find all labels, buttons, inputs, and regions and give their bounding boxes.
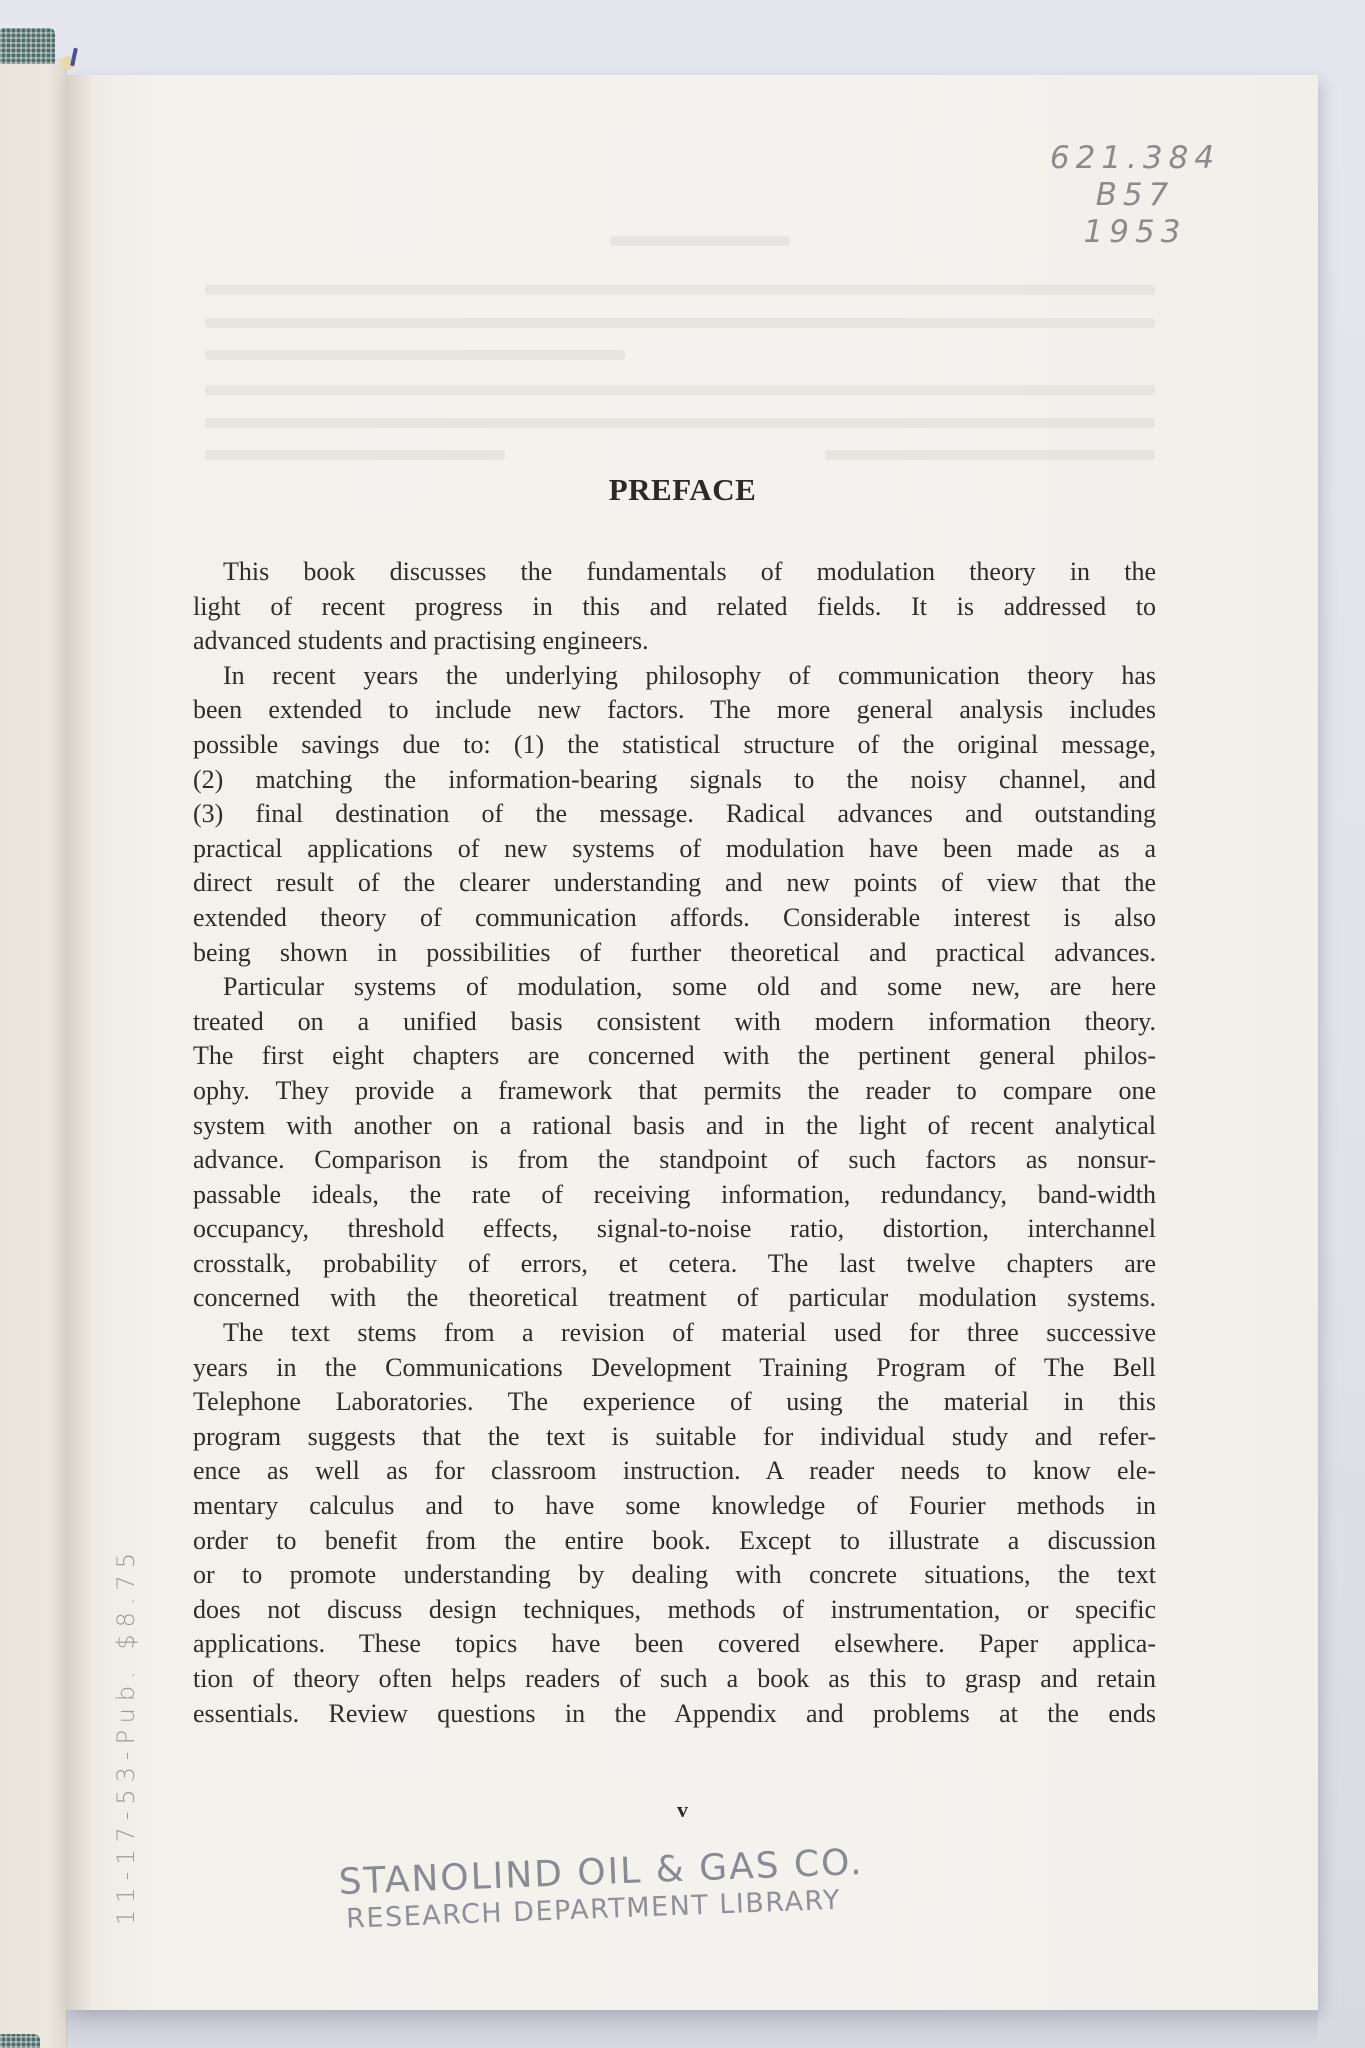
page-number: v: [0, 1797, 1365, 1823]
text-line: advanced students and practising enginee…: [193, 624, 1156, 659]
page-title: PREFACE: [0, 472, 1365, 508]
text-line: (2) matching the information-bearing sig…: [193, 763, 1156, 798]
page-drop-shadow: [66, 2010, 1318, 2048]
text-line: In recent years the underlying philosoph…: [193, 659, 1156, 694]
page-gutter-shadow: [66, 75, 92, 2010]
text-line: ence as well as for classroom instructio…: [193, 1454, 1156, 1489]
text-line: occupancy, threshold effects, signal-to-…: [193, 1212, 1156, 1247]
call-number-class: 621.384: [1040, 140, 1230, 177]
text-line: tion of theory often helps readers of su…: [193, 1662, 1156, 1697]
text-line: light of recent progress in this and rel…: [193, 590, 1156, 625]
show-through-text: [610, 236, 790, 246]
text-line: ophy. They provide a framework that perm…: [193, 1074, 1156, 1109]
handwritten-margin-note: 11-17-53-Pub. $8.75: [112, 1546, 140, 1925]
text-line: The text stems from a revision of materi…: [193, 1316, 1156, 1351]
text-line: or to promote understanding by dealing w…: [193, 1558, 1156, 1593]
handwritten-call-number: 621.384 B57 1953: [1040, 140, 1230, 251]
text-line: treated on a unified basis consistent wi…: [193, 1005, 1156, 1040]
text-line: This book discusses the fundamentals of …: [193, 555, 1156, 590]
call-number-cutter: B57: [1040, 177, 1230, 214]
preface-body: This book discusses the fundamentals of …: [193, 555, 1156, 1731]
text-line: order to benefit from the entire book. E…: [193, 1524, 1156, 1559]
book-cloth-binding: [0, 28, 55, 64]
text-line: passable ideals, the rate of receiving i…: [193, 1178, 1156, 1213]
text-line: practical applications of new systems of…: [193, 832, 1156, 867]
text-line: extended theory of communication affords…: [193, 901, 1156, 936]
text-line: Particular systems of modulation, some o…: [193, 970, 1156, 1005]
text-line: (3) final destination of the message. Ra…: [193, 797, 1156, 832]
text-line: applications. These topics have been cov…: [193, 1627, 1156, 1662]
text-line: concerned with the theoretical treatment…: [193, 1281, 1156, 1316]
text-line: Telephone Laboratories. The experience o…: [193, 1385, 1156, 1420]
text-line: system with another on a rational basis …: [193, 1109, 1156, 1144]
text-line: been extended to include new factors. Th…: [193, 693, 1156, 728]
previous-page-edge: [0, 58, 67, 2048]
book-cloth-binding-bottom: [0, 2034, 40, 2048]
show-through-text: [825, 450, 1155, 460]
call-number-year: 1953: [1040, 214, 1230, 251]
text-line: does not discuss design techniques, meth…: [193, 1593, 1156, 1628]
text-line: essentials. Review questions in the Appe…: [193, 1697, 1156, 1732]
text-line: mentary calculus and to have some knowle…: [193, 1489, 1156, 1524]
text-line: possible savings due to: (1) the statist…: [193, 728, 1156, 763]
text-line: program suggests that the text is suitab…: [193, 1420, 1156, 1455]
show-through-text: [205, 285, 1155, 295]
bookmark-ribbon-icon: [62, 52, 78, 70]
text-line: being shown in possibilities of further …: [193, 936, 1156, 971]
text-line: direct result of the clearer understandi…: [193, 866, 1156, 901]
show-through-text: [205, 318, 1155, 328]
show-through-text: [205, 350, 625, 360]
text-line: years in the Communications Development …: [193, 1351, 1156, 1386]
text-line: The first eight chapters are concerned w…: [193, 1039, 1156, 1074]
show-through-text: [205, 450, 505, 460]
text-line: advance. Comparison is from the standpoi…: [193, 1143, 1156, 1178]
show-through-text: [205, 385, 1155, 395]
text-line: crosstalk, probability of errors, et cet…: [193, 1247, 1156, 1282]
show-through-text: [205, 418, 1155, 428]
